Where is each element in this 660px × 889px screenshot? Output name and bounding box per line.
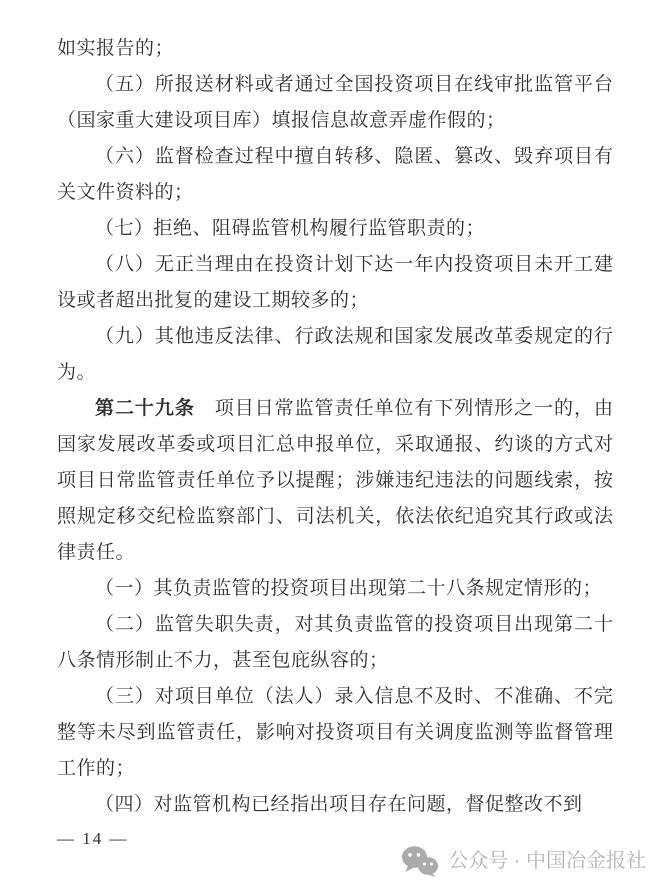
document-line: 照规定移交纪检监察部门、司法机关，依法依纪追究其行政或法	[57, 499, 613, 535]
line-text: （一）其负责监管的投资项目出现第二十八条规定情形的；	[95, 578, 602, 599]
line-text: 为。	[57, 362, 96, 383]
watermark: 公众号 · 中国冶金报社	[401, 845, 646, 877]
document-line: （九）其他违反法律、行政法规和国家发展改革委规定的行	[57, 319, 613, 355]
document-line: 律责任。	[57, 535, 613, 571]
document-line: （八）无正当理由在投资计划下达一年内投资项目未开工建	[57, 247, 613, 283]
document-line: 整等未尽到监管责任，影响对投资项目有关调度监测等监督管理	[57, 715, 613, 751]
document-body: 如实报告的；（五）所报送材料或者通过全国投资项目在线审批监管平台（国家重大建设项…	[57, 31, 613, 823]
line-text: 照规定移交纪检监察部门、司法机关，依法依纪追究其行政或法	[57, 506, 613, 527]
document-line: （一）其负责监管的投资项目出现第二十八条规定情形的；	[57, 571, 613, 607]
document-line: （七）拒绝、阻碍监管机构履行监管职责的；	[57, 211, 613, 247]
document-line: 第二十九条 项目日常监管责任单位有下列情形之一的，由	[57, 391, 613, 427]
line-text: （七）拒绝、阻碍监管机构履行监管职责的；	[95, 218, 485, 239]
line-text: 项目日常监管责任单位予以提醒；涉嫌违纪违法的问题线索，按	[57, 470, 613, 491]
line-text: 项目日常监管责任单位有下列情形之一的，由	[195, 398, 613, 419]
wechat-icon	[401, 845, 439, 877]
document-line: （四）对监管机构已经指出项目存在问题，督促整改不到	[57, 787, 613, 823]
document-line: 如实报告的；	[57, 31, 613, 67]
line-text: （五）所报送材料或者通过全国投资项目在线审批监管平台	[95, 74, 613, 95]
document-line: 八条情形制止不力，甚至包庇纵容的；	[57, 643, 613, 679]
document-line: （二）监管失职失责，对其负责监管的投资项目出现第二十	[57, 607, 613, 643]
line-text: 设或者超出批复的建设工期较多的；	[57, 290, 369, 311]
line-text: 工作的；	[57, 758, 135, 779]
line-text: （九）其他违反法律、行政法规和国家发展改革委规定的行	[95, 326, 613, 347]
line-text: （八）无正当理由在投资计划下达一年内投资项目未开工建	[95, 254, 613, 275]
line-text: 整等未尽到监管责任，影响对投资项目有关调度监测等监督管理	[57, 722, 613, 743]
document-line: （三）对项目单位（法人）录入信息不及时、不准确、不完	[57, 679, 613, 715]
document-line: 项目日常监管责任单位予以提醒；涉嫌违纪违法的问题线索，按	[57, 463, 613, 499]
document-line: （六）监督检查过程中擅自转移、隐匿、篡改、毁弃项目有	[57, 139, 613, 175]
watermark-text: 公众号 · 中国冶金报社	[448, 846, 646, 876]
document-line: 设或者超出批复的建设工期较多的；	[57, 283, 613, 319]
line-text: 八条情形制止不力，甚至包庇纵容的；	[57, 650, 389, 671]
document-line: （国家重大建设项目库）填报信息故意弄虚作假的；	[57, 103, 613, 139]
article-number: 第二十九条	[95, 398, 195, 419]
line-text: 如实报告的；	[57, 38, 174, 59]
document-line: 国家发展改革委或项目汇总申报单位，采取通报、约谈的方式对	[57, 427, 613, 463]
document-line: （五）所报送材料或者通过全国投资项目在线审批监管平台	[57, 67, 613, 103]
line-text: （四）对监管机构已经指出项目存在问题，督促整改不到	[95, 794, 583, 815]
document-line: 为。	[57, 355, 613, 391]
line-text: 律责任。	[57, 542, 135, 563]
line-text: （六）监督检查过程中擅自转移、隐匿、篡改、毁弃项目有	[95, 146, 613, 167]
document-line: 工作的；	[57, 751, 613, 787]
line-text: （三）对项目单位（法人）录入信息不及时、不准确、不完	[95, 686, 613, 707]
page-number: — 14 —	[57, 827, 129, 851]
line-text: （二）监管失职失责，对其负责监管的投资项目出现第二十	[95, 614, 613, 635]
document-line: 关文件资料的；	[57, 175, 613, 211]
document-page: 如实报告的；（五）所报送材料或者通过全国投资项目在线审批监管平台（国家重大建设项…	[0, 0, 660, 889]
line-text: （国家重大建设项目库）填报信息故意弄虚作假的；	[57, 110, 506, 131]
line-text: 关文件资料的；	[57, 182, 194, 203]
line-text: 国家发展改革委或项目汇总申报单位，采取通报、约谈的方式对	[57, 434, 613, 455]
